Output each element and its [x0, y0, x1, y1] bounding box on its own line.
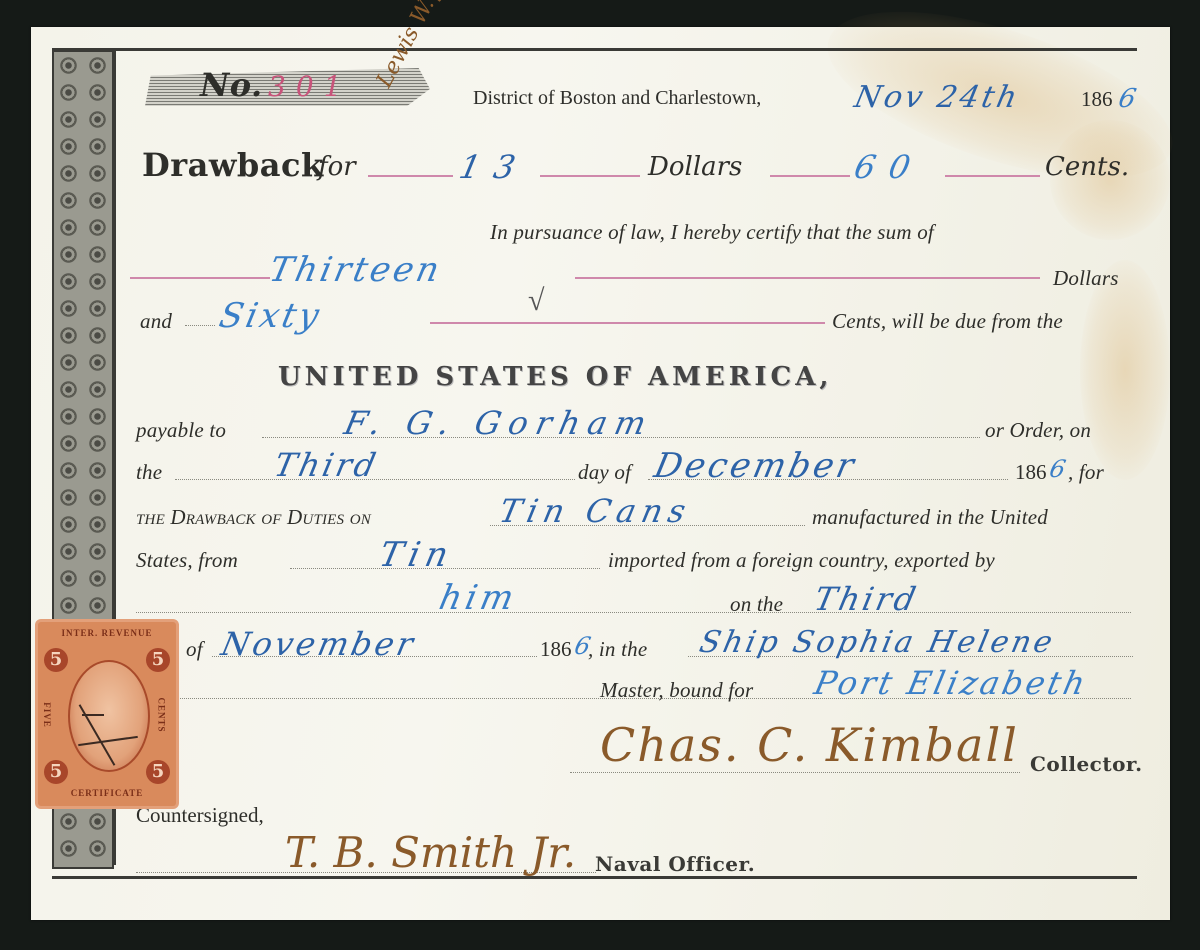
dotted-rule — [570, 772, 1020, 773]
amount-rule — [945, 175, 1040, 177]
amount-rule — [540, 175, 640, 177]
certify-text: In pursuance of law, I hereby certify th… — [490, 220, 934, 245]
vessel: Ship Sophia Helene — [696, 625, 1058, 660]
material: Tin — [376, 535, 458, 575]
pen-cancel-mark — [82, 714, 104, 716]
dotted-rule — [185, 325, 215, 326]
master-bound-text: Master, bound for — [600, 678, 753, 703]
amount-rule — [770, 175, 850, 177]
cents-label: Cents. — [1045, 152, 1129, 182]
due-year-printed: 186 — [1015, 460, 1047, 485]
naval-officer-label: Naval Officer. — [595, 852, 755, 876]
goods: Tin Cans — [496, 492, 695, 530]
dotted-rule — [136, 612, 1131, 613]
stamp-right-text: CENTS — [157, 697, 167, 732]
stamp-denomination: 5 — [44, 760, 68, 784]
export-month: November — [218, 625, 419, 663]
dollars-label: Dollars — [648, 152, 742, 182]
day-of-label: day of — [578, 460, 631, 485]
stamp-denomination: 5 — [44, 648, 68, 672]
states-from-text: States, from — [136, 548, 238, 573]
amount-rule — [368, 175, 453, 177]
collector-label: Collector. — [1030, 752, 1143, 776]
amount-words-dollars: Thirteen — [266, 250, 446, 290]
export-day: Third — [811, 580, 922, 618]
revenue-stamp: INTER. REVENUE 5 5 5 5 FIVE CENTS CERTIF… — [38, 622, 176, 806]
number-label: No. — [200, 66, 263, 104]
usa-title: UNITED STATES OF AMERICA, — [278, 362, 832, 392]
stamp-left-text: FIVE — [42, 702, 52, 728]
bottom-border-rule — [52, 876, 1137, 879]
for-label: for — [318, 152, 356, 182]
on-the-text: on the — [730, 592, 783, 617]
district-text: District of Boston and Charlestown, — [473, 87, 761, 110]
the-label: the — [136, 460, 162, 485]
collector-signature: Chas. C. Kimball — [600, 718, 1019, 772]
amount-words-cents: Sixty — [216, 296, 326, 336]
drawback-heading: Drawback — [142, 146, 324, 184]
stamp-denomination: 5 — [146, 760, 170, 784]
stamp-bottom-text: CERTIFICATE — [46, 788, 168, 798]
stamp-denomination: 5 — [146, 648, 170, 672]
payee: F. G. Gorham — [341, 404, 658, 442]
imported-text: imported from a foreign country, exporte… — [608, 548, 995, 573]
stamp-top-text: INTER. REVENUE — [46, 628, 168, 638]
issue-year-printed: 186 — [1081, 87, 1113, 112]
certificate-number: 301 — [268, 70, 351, 103]
or-order-text: or Order, on — [985, 418, 1091, 443]
manufactured-text: manufactured in the United — [812, 505, 1048, 530]
dotted-rule — [175, 479, 575, 480]
countersigned-label: Countersigned, — [136, 803, 264, 828]
drawback-of-duties-label: the Drawback of Duties on — [136, 505, 371, 529]
in-the-text: , in the — [588, 637, 647, 662]
top-border-rule — [52, 48, 1137, 51]
due-month: December — [651, 446, 860, 486]
naval-officer-signature: T. B. Smith Jr. — [285, 828, 576, 877]
dollars-amount: 13 — [456, 148, 533, 186]
payable-to-label: payable to — [136, 418, 226, 443]
and-label: and — [140, 309, 172, 334]
exporter: him — [436, 578, 522, 618]
cents-amount: 60 — [851, 148, 928, 186]
dollars-word: Dollars — [1053, 266, 1119, 291]
of-label: of — [186, 637, 203, 662]
amount-rule — [430, 322, 825, 324]
destination: Port Elizabeth — [811, 664, 1092, 702]
amount-rule — [130, 277, 270, 279]
drawback-of-duties-text: the Drawback of Duties on — [136, 505, 371, 530]
cents-due-text: Cents, will be due from the — [832, 309, 1063, 334]
for-suffix: , for — [1068, 460, 1104, 485]
due-day: Third — [271, 446, 382, 484]
check-mark: √ — [528, 284, 544, 318]
amount-rule — [575, 277, 1040, 279]
issue-date: Nov 24th — [851, 80, 1023, 115]
export-year-printed: 186 — [540, 637, 572, 662]
